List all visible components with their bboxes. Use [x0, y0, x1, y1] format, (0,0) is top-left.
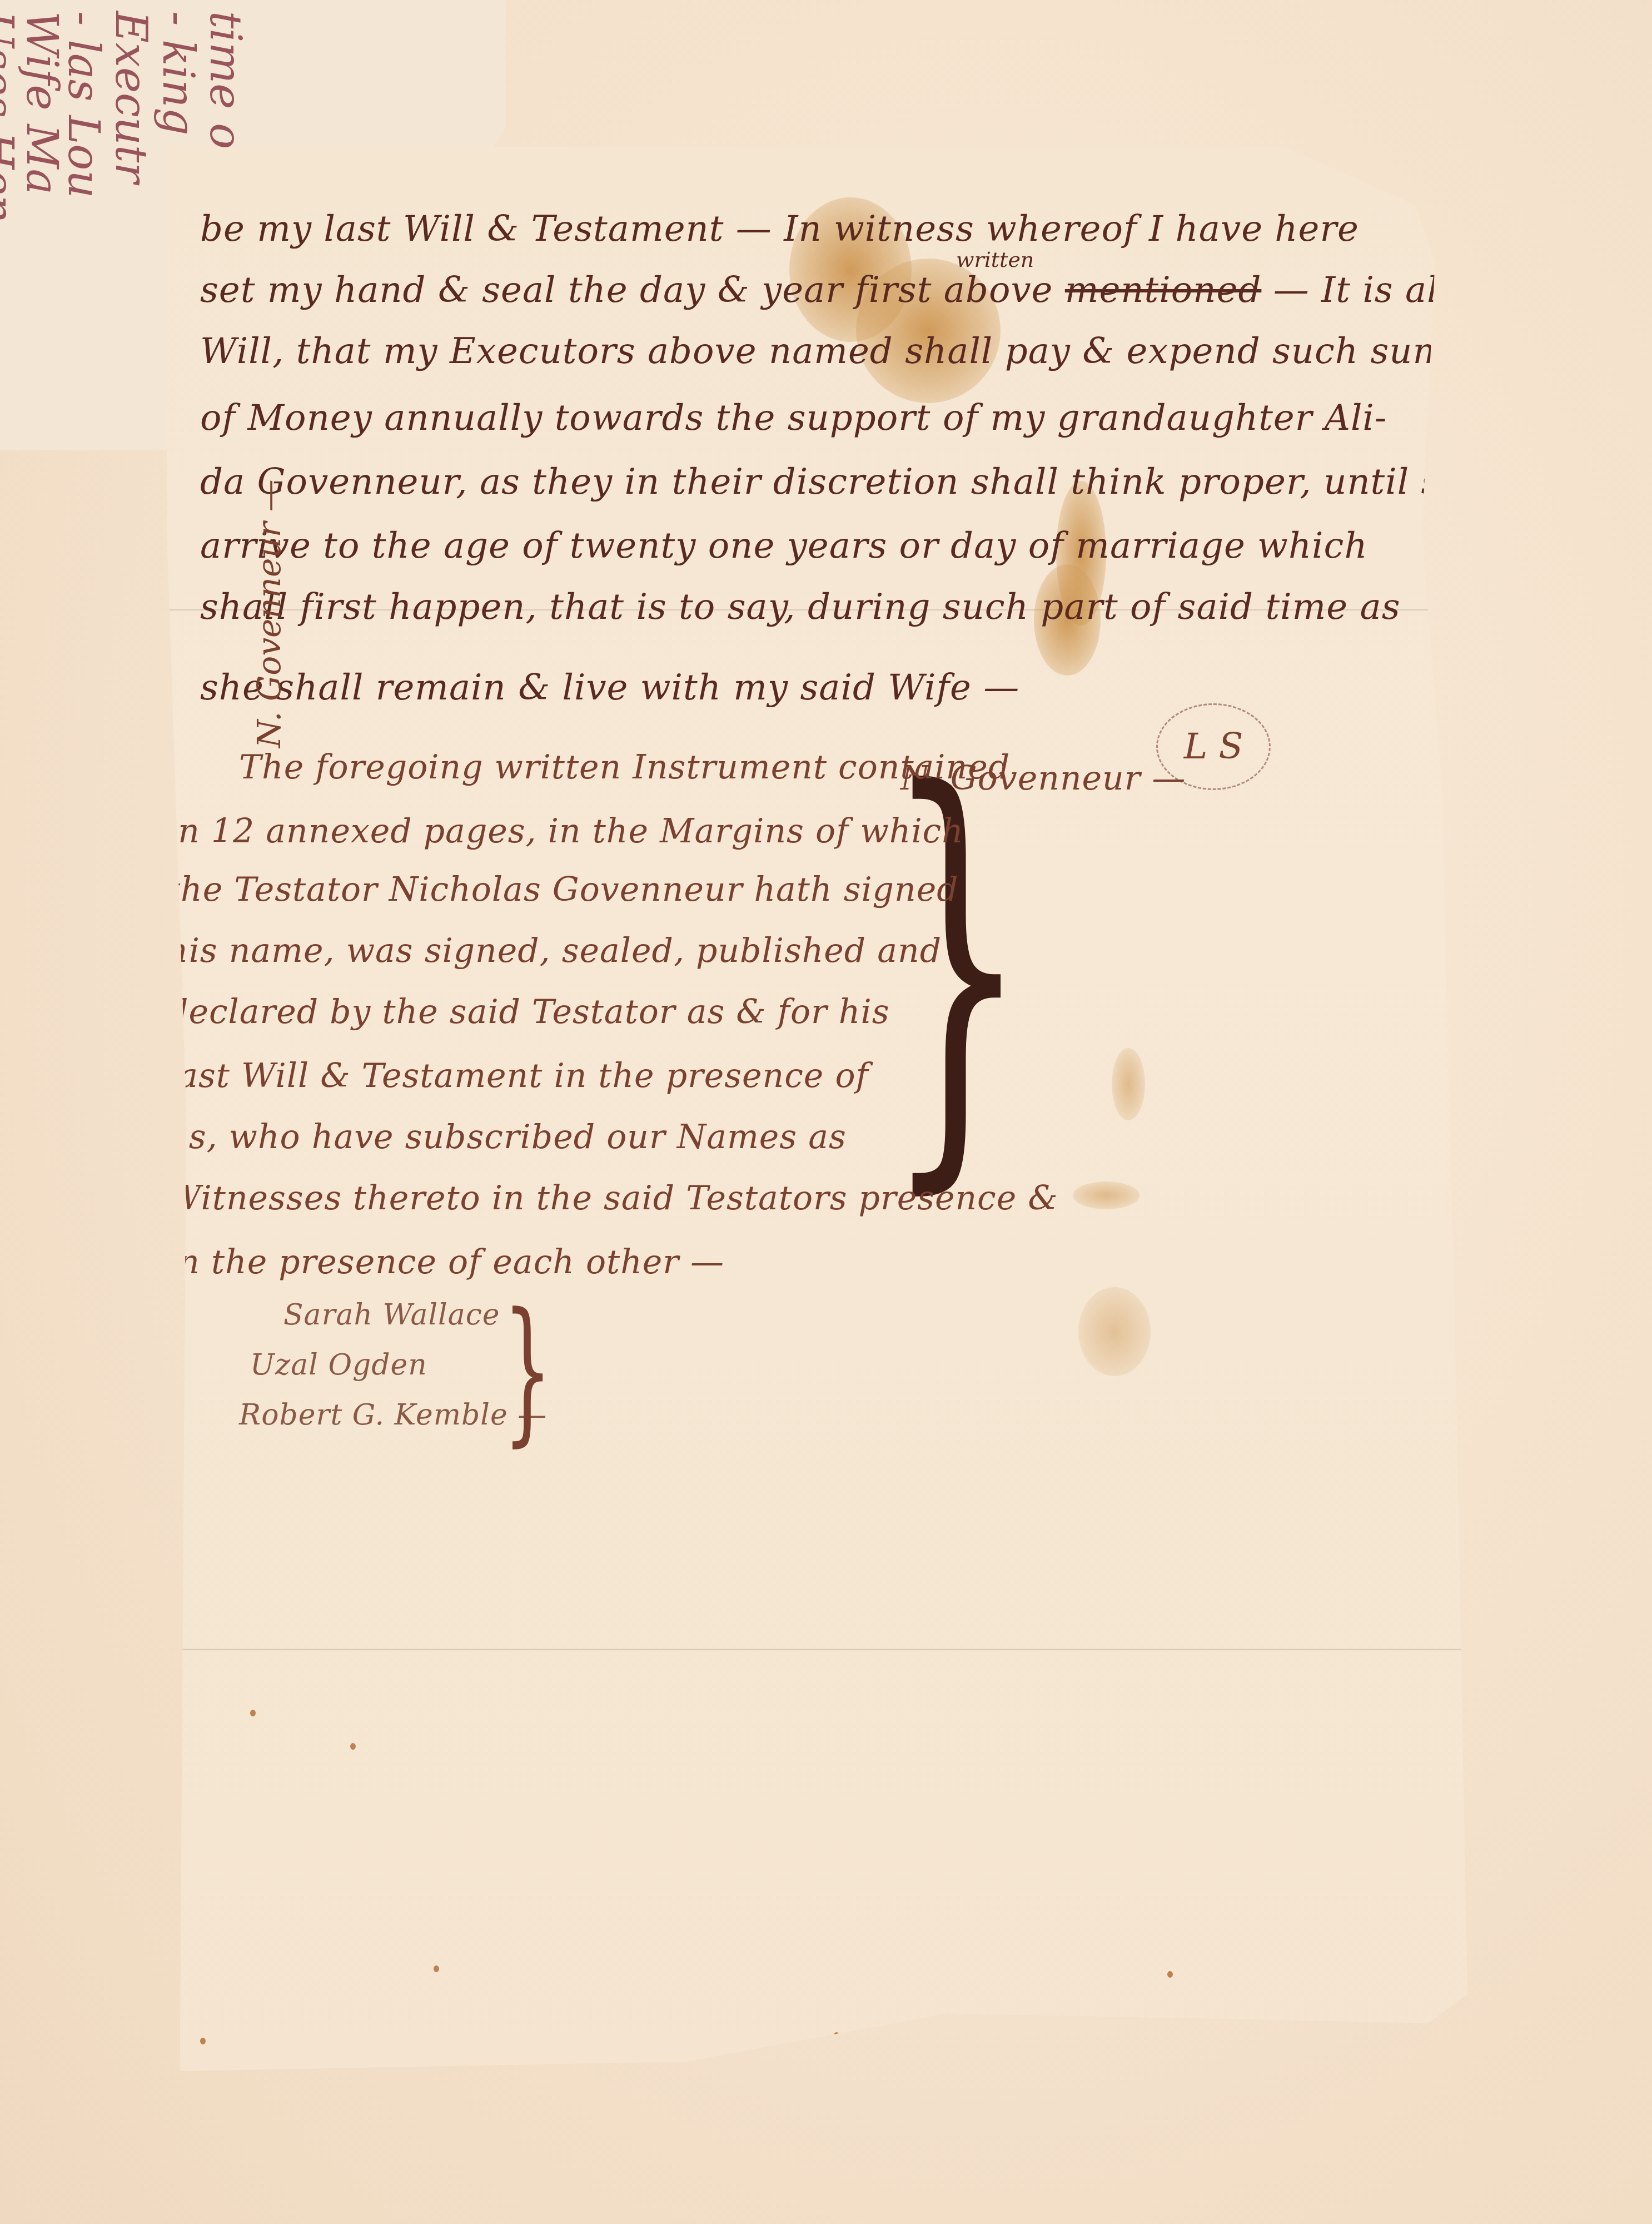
back-sheet-line: - las Lou	[58, 11, 108, 198]
will-page: be my last Will & Testament — In witness…	[167, 147, 1467, 2071]
attestation-line: his name, was signed, sealed, published …	[167, 931, 942, 970]
foxing-speck	[1167, 1971, 1173, 1978]
will-text-line: arrive to the age of twenty one years or…	[200, 525, 1368, 567]
inserted-word: written	[956, 247, 1034, 272]
will-text-line: Will, that my Executors above named shal…	[200, 331, 1447, 372]
attestation-line: in 12 annexed pages, in the Margins of w…	[167, 812, 964, 851]
will-text-segment: set my hand & seal the day & year first …	[200, 270, 1053, 311]
will-text-line: set my hand & seal the day & year first …	[200, 270, 1546, 311]
foxing-speck	[350, 1743, 356, 1750]
attestation-line: Witnesses thereto in the said Testators …	[167, 1179, 1058, 1218]
foxing-speck	[250, 1710, 256, 1716]
attestation-line: the Testator Nicholas Govenneur hath sig…	[167, 870, 959, 909]
margin-signature: N. Govenneur —	[250, 479, 288, 748]
will-text-line: be my last Will & Testament — In witness…	[200, 209, 1359, 250]
will-text-line: of Money annually towards the support of…	[200, 398, 1387, 439]
foxing-stain	[1112, 1048, 1145, 1120]
attestation-line: in the presence of each other —	[167, 1243, 724, 1282]
struck-word: mentioned	[1065, 270, 1262, 311]
foxing-speck	[434, 1965, 439, 1972]
witness-signature: Uzal Ogden	[250, 1348, 427, 1382]
foxing-stain	[1073, 1181, 1140, 1209]
attestation-line: last Will & Testament in the presence of	[167, 1056, 869, 1095]
back-sheet-line: time or	[200, 11, 250, 170]
witness-brace: }	[503, 1293, 553, 1448]
fold-line	[167, 1649, 1467, 1651]
attestation-line: us, who have subscribed our Names as	[167, 1118, 847, 1156]
back-sheet-line: Executr	[106, 11, 156, 183]
attestation-line: The foregoing written Instrument contain…	[239, 748, 1010, 787]
attestation-line: declared by the said Testator as & for h…	[167, 992, 889, 1031]
will-text-line: shall first happen, that is to say, duri…	[200, 587, 1400, 628]
back-sheet-line: - king	[153, 11, 203, 136]
foxing-stain	[1078, 1287, 1151, 1376]
witness-signature: Robert G. Kemble —	[239, 1398, 547, 1432]
witness-signature: Sarah Wallace	[283, 1298, 500, 1332]
seal-ls: L S	[1156, 703, 1271, 790]
foxing-speck	[200, 2038, 206, 2044]
will-text-line: da Govenneur, as they in their discretio…	[200, 461, 1485, 503]
